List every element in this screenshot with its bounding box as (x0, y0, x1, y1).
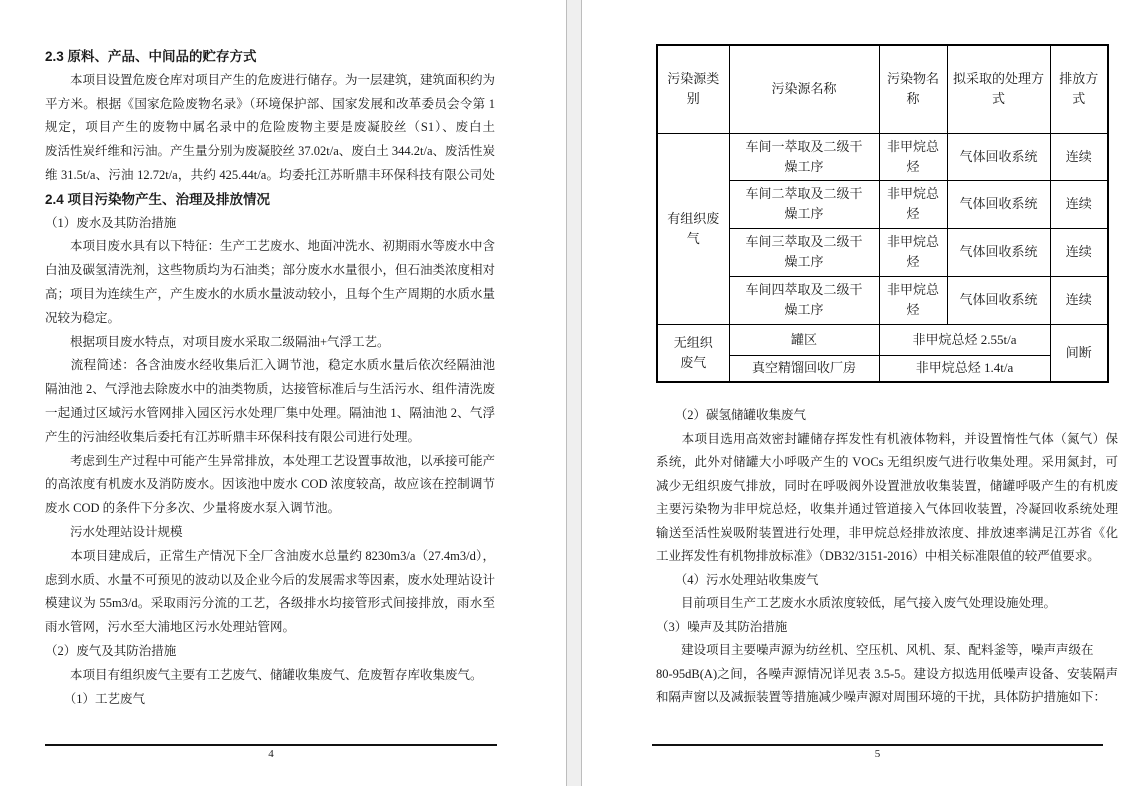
table-cell: 非甲烷总 烃 (879, 228, 947, 276)
text-line: 废活性炭纤维和污油。产生量分别为废凝胶丝 37.02t/a、废白土 344.2t… (45, 140, 495, 164)
table-cell: 罐区 (729, 324, 879, 355)
text-line: 建设项目主要噪声源为纺丝机、空压机、风机、泵、配料釜等，噪声声级在 (656, 639, 1118, 663)
text-line: 污水处理站设计规模 (45, 521, 495, 545)
text-line: 白油及碳氢清洗剂，这些物质均为石油类；部分废水水量很小，但石油类浓度相对较 (45, 259, 495, 283)
table-header-row: 污染源类 别污染源名称污染物名 称拟采取的处理方 式排放方 式 (657, 45, 1108, 133)
footer-rule (45, 744, 497, 746)
table-cell: 间断 (1050, 324, 1108, 382)
section-heading: 2.3 原料、产品、中间品的贮存方式 (45, 45, 495, 69)
section-heading: 2.4 项目污染物产生、治理及排放情况 (45, 188, 495, 212)
text-line: 雨水管网，污水至大浦地区污水处理站管网。 (45, 616, 495, 640)
table-header-cell: 污染源名称 (729, 45, 879, 133)
text-line: 输送至活性炭吸附装置进行处理，非甲烷总烃排放浓度、排放速率满足江苏省《化学 (656, 522, 1118, 546)
page-4-text-block: 2.3 原料、产品、中间品的贮存方式 本项目设置危废仓库对项目产生的危废进行储存… (45, 45, 495, 711)
text-line: 流程简述：各含油废水经收集后汇入调节池，稳定水质水量后依次经隔油池 1、 (45, 354, 495, 378)
table-header-cell: 污染源类 别 (657, 45, 729, 133)
text-line: 废水 COD 的条件下分多次、少量将废水泵入调节池。 (45, 497, 495, 521)
table-cell: 有组织废 气 (657, 133, 729, 324)
table-cell: 真空精馏回收厂房 (729, 355, 879, 382)
table-cell: 连续 (1050, 133, 1108, 180)
table-cell: 气体回收系统 (947, 180, 1050, 228)
table-cell: 无组织 废气 (657, 324, 729, 382)
table-cell: 连续 (1050, 228, 1108, 276)
text-line: 一起通过区域污水管网排入园区污水处理厂集中处理。隔油池 1、隔油池 2、气浮池 (45, 402, 495, 426)
table-cell: 连续 (1050, 180, 1108, 228)
document-page-right: 污染源类 别污染源名称污染物名 称拟采取的处理方 式排放方 式有组织废 气车间一… (582, 0, 1127, 786)
text-line: 80-95dB(A)之间，各噪声源情况详见表 3.5-5。建设方拟选用低噪声设备… (656, 663, 1118, 687)
table-cell: 车间三萃取及二级干 燥工序 (729, 228, 879, 276)
text-line: （3）噪声及其防治措施 (656, 616, 1118, 640)
pollution-sources-table: 污染源类 别污染源名称污染物名 称拟采取的处理方 式排放方 式有组织废 气车间一… (656, 44, 1109, 383)
table-cell: 气体回收系统 (947, 276, 1050, 324)
table-header-cell: 拟采取的处理方 式 (947, 45, 1050, 133)
text-line: （4）污水处理站收集废气 (656, 569, 1118, 593)
table-cell: 车间二萃取及二级干 燥工序 (729, 180, 879, 228)
text-line: 减少无组织废气排放，同时在呼吸阀外设置泄放收集装置，储罐呼吸产生的有机废气 (656, 475, 1118, 499)
table-cell: 非甲烷总烃 2.55t/a (879, 324, 1050, 355)
text-line: 维 31.5t/a、污油 12.72t/a，共约 425.44t/a。均委托江苏… (45, 164, 495, 188)
page-number: 5 (652, 747, 1103, 761)
text-line: 本项目有组织废气主要有工艺废气、储罐收集废气、危废暂存库收集废气。 (45, 664, 495, 688)
text-line: （2）废气及其防治措施 (45, 640, 495, 664)
table-cell: 非甲烷总 烃 (879, 180, 947, 228)
text-line: 产生的污油经收集后委托有江苏昕鼎丰环保科技有限公司进行处理。 (45, 426, 495, 450)
text-line: 高；项目为连续生产，产生废水的水质水量波动较小，且每个生产周期的水质水量情 (45, 283, 495, 307)
text-line: 本项目废水具有以下特征：生产工艺废水、地面冲洗水、初期雨水等废水中含有 (45, 235, 495, 259)
table-row: 有组织废 气车间一萃取及二级干 燥工序非甲烷总 烃气体回收系统连续 (657, 133, 1108, 180)
table-cell: 气体回收系统 (947, 133, 1050, 180)
table-header-cell: 排放方 式 (1050, 45, 1108, 133)
table-cell: 非甲烷总 烃 (879, 276, 947, 324)
text-line: 规定，项目产生的废物中属名录中的危险废物主要是废凝胶丝（S1）、废白土（S4）、 (45, 116, 495, 140)
text-line: 和隔声窗以及减振装置等措施减少噪声源对周围环境的干扰，具体防护措施如下： (656, 686, 1118, 710)
table-cell: 气体回收系统 (947, 228, 1050, 276)
text-line: 主要污染物为非甲烷总烃，收集并通过管道接入气体回收装置，冷凝回收系统处理后， (656, 498, 1118, 522)
text-line: 考虑到生产过程中可能产生异常排放，本处理工艺设置事故池，以承接可能产生 (45, 450, 495, 474)
text-line: 目前项目生产工艺废水水质浓度较低，尾气接入废气处理设施处理。 (656, 592, 1118, 616)
text-line: 平方米。根据《国家危险废物名录》（环境保护部、国家发展和改革委员会令第 1 号） (45, 93, 495, 117)
table-header-cell: 污染物名 称 (879, 45, 947, 133)
text-line: 工业挥发性有机物排放标准》（DB32/3151-2016）中相关标准限值的较严值… (656, 545, 1118, 569)
text-line: 隔油池 2、气浮池去除废水中的油类物质，达接管标准后与生活污水、组件清洗废水 (45, 378, 495, 402)
table-row: 无组织 废气罐区非甲烷总烃 2.55t/a间断 (657, 324, 1108, 355)
table-cell: 连续 (1050, 276, 1108, 324)
text-line: （2）碳氢储罐收集废气 (656, 404, 1118, 428)
page-gap-divider (566, 0, 582, 786)
table-cell: 车间四萃取及二级干 燥工序 (729, 276, 879, 324)
document-page-left: 2.3 原料、产品、中间品的贮存方式 本项目设置危废仓库对项目产生的危废进行储存… (0, 0, 566, 786)
text-line: 模建议为 55m3/d。采取雨污分流的工艺，各级排水均接管形式间接排放，雨水至市… (45, 592, 495, 616)
page-number: 4 (45, 747, 497, 761)
table-cell: 非甲烷总烃 1.4t/a (879, 355, 1050, 382)
text-line: 本项目设置危废仓库对项目产生的危废进行储存。为一层建筑，建筑面积约为 300 (45, 69, 495, 93)
text-line: 虑到水质、水量不可预见的波动以及企业今后的发展需求等因素，废水处理站设计规 (45, 569, 495, 593)
text-line: 系统，此外对储罐大小呼吸产生的 VOCs 无组织废气进行收集处理。采用氮封，可 (656, 451, 1118, 475)
page-5-text-block: （2）碳氢储罐收集废气 本项目选用高效密封罐储存挥发性有机液体物料，并设置惰性气… (656, 404, 1118, 710)
text-line: 根据项目废水特点，对项目废水采取二级隔油+气浮工艺。 (45, 331, 495, 355)
footer-rule (652, 744, 1103, 746)
table-cell: 车间一萃取及二级干 燥工序 (729, 133, 879, 180)
text-line: 本项目选用高效密封罐储存挥发性有机液体物料，并设置惰性气体（氮气）保护 (656, 428, 1118, 452)
text-line: （1）工艺废气 (45, 688, 495, 712)
text-line: 的高浓度有机废水及消防废水。因该池中废水 COD 浓度较高，故应该在控制调节池 (45, 473, 495, 497)
text-line: 况较为稳定。 (45, 307, 495, 331)
text-line: 本项目建成后，正常生产情况下全厂含油废水总量约 8230m3/a（27.4m3/… (45, 545, 495, 569)
table-cell: 非甲烷总 烃 (879, 133, 947, 180)
pollution-sources-table-wrap: 污染源类 别污染源名称污染物名 称拟采取的处理方 式排放方 式有组织废 气车间一… (656, 44, 1107, 383)
text-line: （1）废水及其防治措施 (45, 212, 495, 236)
